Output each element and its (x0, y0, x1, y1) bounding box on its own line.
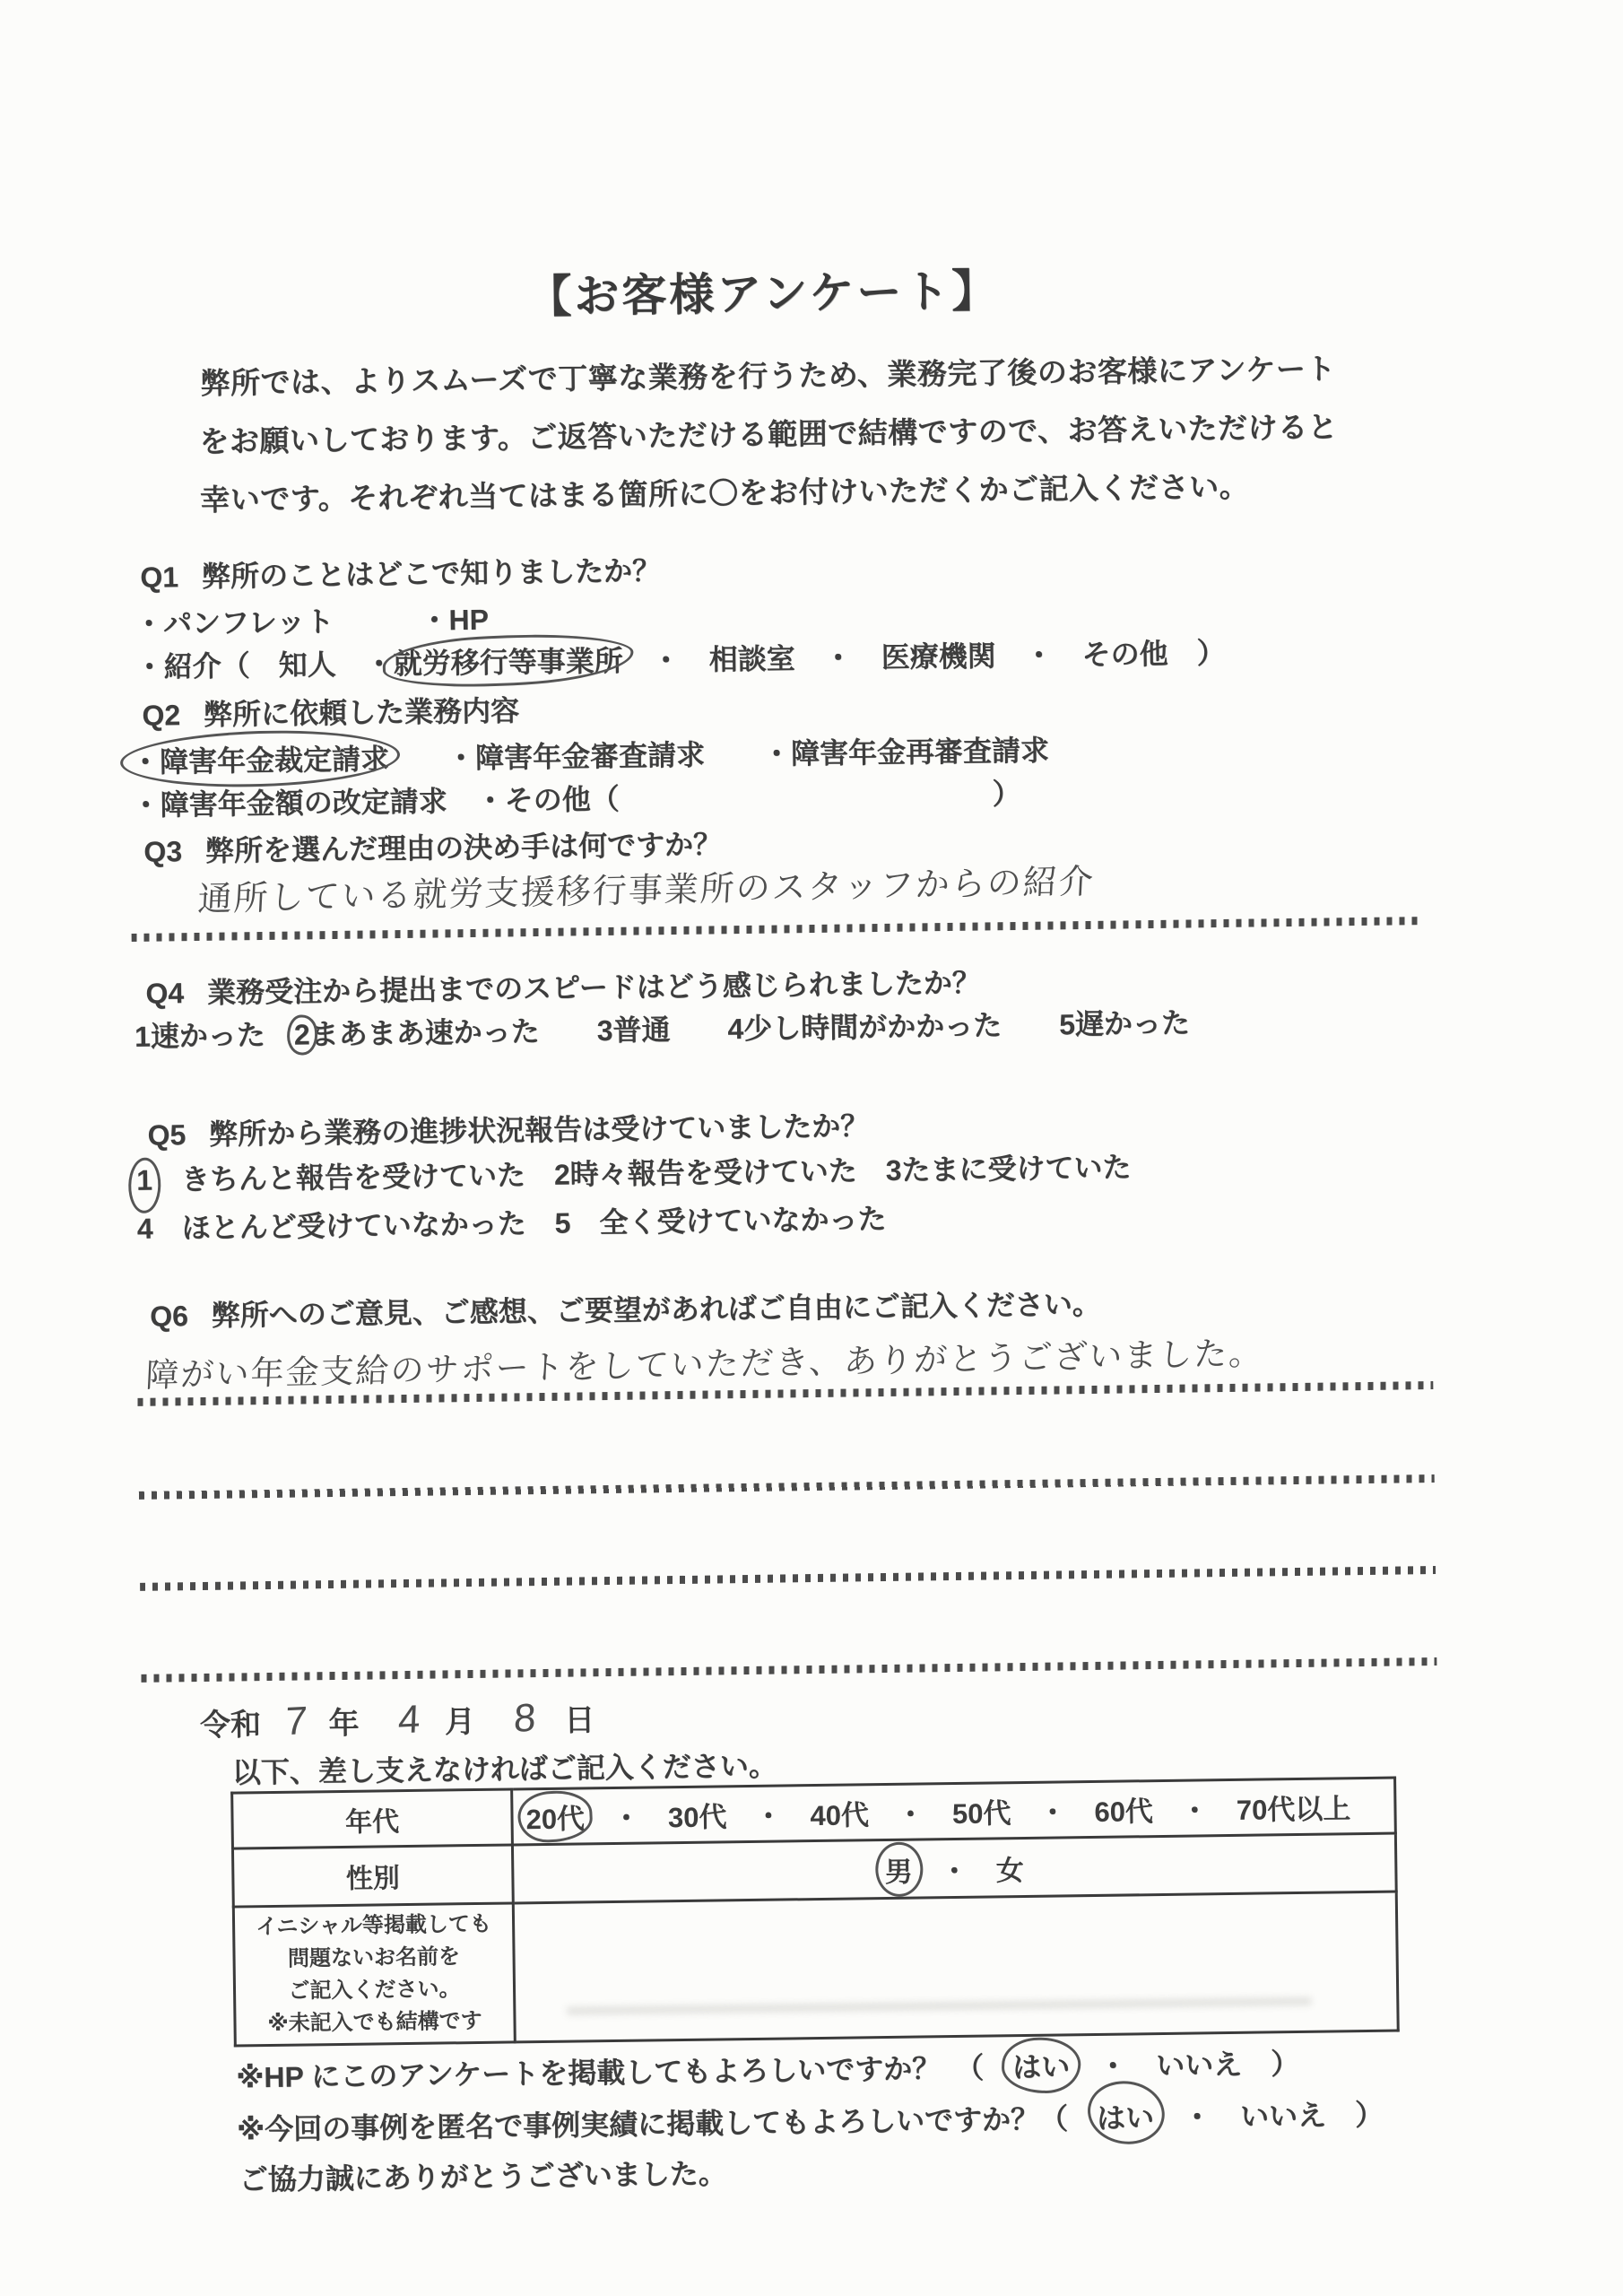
name-row-header: イニシャル等掲載しても 問題ないお名前を ご記入ください。 ※未記入でも結構です (233, 1903, 515, 2046)
age-circled-option: 20代 (525, 1803, 585, 1835)
handwritten-circle-gender: 男 (885, 1848, 914, 1889)
date-line: 令和 7 年 4 月 8 日 (200, 1695, 595, 1745)
q5-circled-option: 1 (136, 1164, 152, 1196)
age-row-header: 年代 (232, 1789, 513, 1848)
q1-line2-after: ・ 相談室 ・ 医療機関 ・ その他 ） (622, 637, 1225, 677)
gender-circled-option: 男 (885, 1856, 913, 1887)
intro-line: をお願いしております。ご返答いただける範囲で結構ですので、お答えいただけると (199, 404, 1338, 461)
question-q4-number: Q4 (145, 977, 184, 1010)
hp-yes-option: はい (1012, 2050, 1070, 2083)
dotted-answer-line (139, 1474, 1435, 1500)
table-row-name: イニシャル等掲載しても 問題ないお名前を ご記入ください。 ※未記入でも結構です (233, 1892, 1398, 2046)
q5-options-line2: 4 ほとんど受けていなかった 5 全く受けていなかった (137, 1196, 887, 1248)
dotted-answer-line (140, 1566, 1436, 1591)
q5-options-line1: 1 きちんと報告を受けていた 2時々報告を受けていた 3たまに受けていた (136, 1144, 1132, 1199)
question-q1-number: Q1 (140, 561, 178, 594)
handwritten-circle-hp-yes: はい (1012, 2044, 1071, 2086)
question-q1-text: 弊所のことはどこで知りましたか？ (202, 554, 661, 593)
day-handwritten: 8 (513, 1696, 537, 1742)
question-q3-number: Q3 (143, 835, 182, 868)
q5-line1-rest: きちんと報告を受けていた 2時々報告を受けていた 3たまに受けていた (152, 1151, 1132, 1196)
q4-option-1: 1速かった (135, 1019, 294, 1053)
scanned-page: 【お客様アンケート】 弊所では、よりスムーズで丁寧な業務を行うため、業務完了後の… (0, 0, 1623, 2296)
question-q3-text: 弊所を選んだ理由の決め手は何ですか？ (205, 828, 722, 867)
q1-line2-before: ・紹介（ 知人 ・ (135, 648, 393, 683)
handwritten-circle-q5: 1 (136, 1164, 152, 1197)
question-q2-text: 弊所に依頼した業務内容 (204, 694, 519, 731)
day-unit: 日 (564, 1703, 595, 1737)
handwritten-circle-q2: ・障害年金裁定請求 (131, 736, 390, 781)
question-q6-text: 弊所へのご意見、ご感想、ご要望があればご自由にご記入ください。 (212, 1288, 1101, 1332)
intro-paragraph: 弊所では、よりスムーズで丁寧な業務を行うため、業務完了後のお客様にアンケート を… (0, 0, 1608, 3)
closing-thanks: ご協力誠にありがとうございました。 (239, 2151, 727, 2198)
era-label: 令和 (200, 1708, 261, 1743)
optional-note: 以下、差し支えなければご記入ください。 (232, 1744, 778, 1792)
question-q1-label: Q1弊所のことはどこで知りましたか？ (140, 548, 661, 596)
handwritten-circle-case-yes: はい (1097, 2095, 1155, 2137)
question-q4-text: 業務受注から提出までのスピードはどう感じられましたか？ (207, 967, 981, 1009)
question-q5-number: Q5 (147, 1118, 186, 1152)
case-options-rest: ・ いいえ ） (1154, 2099, 1384, 2134)
year-unit: 年 (328, 1707, 359, 1741)
page-title: 【お客様アンケート】 (526, 255, 1000, 326)
q1-options-line1: ・パンフレット ・HP (135, 597, 489, 643)
hp-options-rest: ・ いいえ ） (1070, 2048, 1299, 2083)
q2-line1-after: ・障害年金審査請求 ・障害年金再審査請求 (389, 735, 1049, 776)
q4-circled-option: 2 (294, 1018, 310, 1050)
case-publish-question: ※今回の事例を匿名で事例実績に掲載してもよろしいですか？（ はい ・ いいえ ） (237, 2092, 1384, 2149)
dotted-answer-line (141, 1657, 1436, 1683)
question-q6-number: Q6 (150, 1300, 188, 1333)
intro-line: 幸いです。それぞれ当てはまる箇所に〇をお付けいただくかご記入ください。 (200, 464, 1249, 519)
question-q2-number: Q2 (142, 699, 180, 732)
name-value-cell (513, 1892, 1398, 2042)
month-unit: 月 (445, 1705, 475, 1739)
gender-options-rest: ・ 女 (913, 1855, 1024, 1888)
intro-line: 弊所では、よりスムーズで丁寧な業務を行うため、業務完了後のお客様にアンケート (200, 345, 1336, 403)
q2-circled-option: ・障害年金裁定請求 (131, 743, 389, 778)
survey-sheet: 【お客様アンケート】 弊所では、よりスムーズで丁寧な業務を行うため、業務完了後の… (0, 0, 1623, 2296)
gender-row-header: 性別 (232, 1845, 513, 1907)
q1-circled-option: 就労移行等事業所 (393, 645, 622, 680)
handwritten-circle-q1: 就労移行等事業所 (393, 639, 623, 683)
dotted-answer-line (132, 917, 1423, 942)
case-question-text: ※今回の事例を匿名で事例実績に掲載してもよろしいですか？（ (237, 2102, 1098, 2146)
question-q5-label: Q5弊所から業務の進捗状況報告は受けていましたか？ (147, 1103, 869, 1154)
hp-question-text: ※HP にこのアンケートを掲載してもよろしいですか？ （ (236, 2051, 1012, 2093)
name-header-line: イニシャル等掲載しても (236, 1908, 511, 1944)
name-header-line: 問題ないお名前を (236, 1940, 511, 1976)
question-q6-label: Q6弊所へのご意見、ご感想、ご要望があればご自由にご記入ください。 (150, 1282, 1101, 1335)
case-yes-option: はい (1097, 2101, 1154, 2135)
year-handwritten: 7 (285, 1699, 309, 1744)
month-handwritten: 4 (397, 1697, 421, 1743)
hp-publish-question: ※HP にこのアンケートを掲載してもよろしいですか？ （ はい ・ いいえ ） (236, 2041, 1300, 2097)
handwritten-circle-q4: 2 (294, 1018, 310, 1051)
question-q5-text: 弊所から業務の進捗状況報告は受けていましたか？ (209, 1109, 869, 1151)
age-options-rest: ・ 30代 ・ 40代 ・ 50代 ・ 60代 ・ 70代以上 (585, 1793, 1351, 1834)
handwritten-circle-age: 20代 (525, 1796, 585, 1837)
question-q2-label: Q2弊所に依頼した業務内容 (142, 688, 519, 735)
name-header-line: ご記入ください。 (237, 1972, 512, 2008)
name-header-line: ※未記入でも結構です (237, 2005, 512, 2040)
q4-options-rest: まあまあ速かった 3普通 4少し時間がかかった 5遅かった (309, 1006, 1190, 1050)
